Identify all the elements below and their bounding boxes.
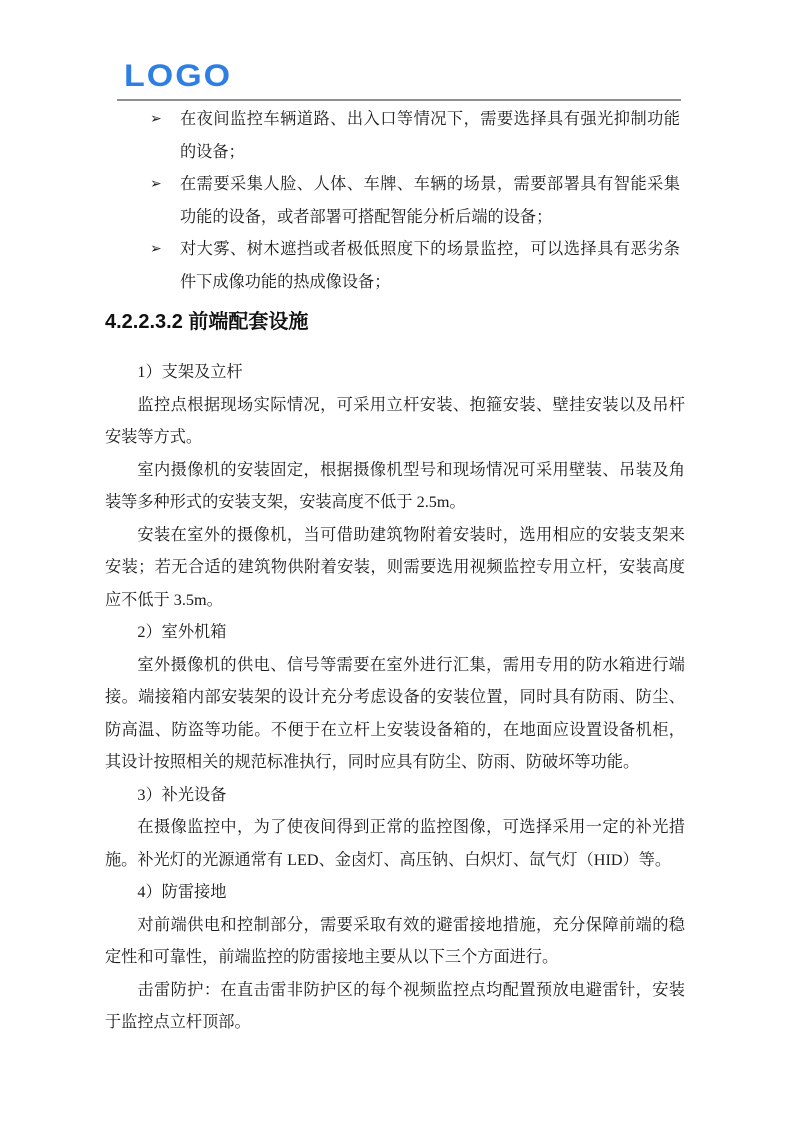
bullet-list: ➢ 在夜间监控车辆道路、出入口等情况下，需要选择具有强光抑制功能的设备； ➢ 在… bbox=[105, 101, 685, 298]
numbered-item: 2）室外机箱 bbox=[105, 616, 685, 649]
numbered-item: 4）防雷接地 bbox=[105, 876, 685, 909]
body-paragraph: 安装在室外的摄像机，当可借助建筑物附着安装时，选用相应的安装支架来安装；若无合适… bbox=[105, 519, 685, 617]
arrow-bullet-icon: ➢ bbox=[150, 168, 162, 201]
numbered-item: 1）支架及立杆 bbox=[105, 356, 685, 389]
bullet-item: ➢ 在夜间监控车辆道路、出入口等情况下，需要选择具有强光抑制功能的设备； bbox=[105, 103, 685, 168]
arrow-bullet-icon: ➢ bbox=[150, 103, 162, 136]
document-page: LOGO ➢ 在夜间监控车辆道路、出入口等情况下，需要选择具有强光抑制功能的设备… bbox=[0, 0, 800, 1132]
body-paragraph: 在摄像监控中，为了使夜间得到正常的监控图像，可选择采用一定的补光措施。补光灯的光… bbox=[105, 811, 685, 876]
section-heading: 4.2.2.3.2 前端配套设施 bbox=[105, 308, 685, 336]
body-paragraph: 监控点根据现场实际情况，可采用立杆安装、抱箍安装、壁挂安装以及吊杆安装等方式。 bbox=[105, 389, 685, 454]
body-paragraph: 室内摄像机的安装固定，根据摄像机型号和现场情况可采用壁装、吊装及角装等多种形式的… bbox=[105, 454, 685, 519]
body-paragraph: 室外摄像机的供电、信号等需要在室外进行汇集，需用专用的防水箱进行端接。端接箱内部… bbox=[105, 649, 685, 779]
body-paragraph: 击雷防护：在直击雷非防护区的每个视频监控点均配置预放电避雷针，安装于监控点立杆顶… bbox=[105, 974, 685, 1039]
document-body: ➢ 在夜间监控车辆道路、出入口等情况下，需要选择具有强光抑制功能的设备； ➢ 在… bbox=[105, 101, 685, 1039]
arrow-bullet-icon: ➢ bbox=[150, 233, 162, 266]
logo: LOGO bbox=[124, 60, 232, 91]
bullet-text: 对大雾、树木遮挡或者极低照度下的场景监控，可以选择具有恶劣条件下成像功能的热成像… bbox=[180, 233, 680, 298]
bullet-item: ➢ 对大雾、树木遮挡或者极低照度下的场景监控，可以选择具有恶劣条件下成像功能的热… bbox=[105, 233, 685, 298]
body-paragraph: 对前端供电和控制部分，需要采取有效的避雷接地措施，充分保障前端的稳定性和可靠性，… bbox=[105, 909, 685, 974]
bullet-text: 在需要采集人脸、人体、车牌、车辆的场景，需要部署具有智能采集功能的设备，或者部署… bbox=[180, 168, 680, 233]
numbered-item: 3）补光设备 bbox=[105, 779, 685, 812]
bullet-item: ➢ 在需要采集人脸、人体、车牌、车辆的场景，需要部署具有智能采集功能的设备，或者… bbox=[105, 168, 685, 233]
bullet-text: 在夜间监控车辆道路、出入口等情况下，需要选择具有强光抑制功能的设备； bbox=[180, 103, 680, 168]
